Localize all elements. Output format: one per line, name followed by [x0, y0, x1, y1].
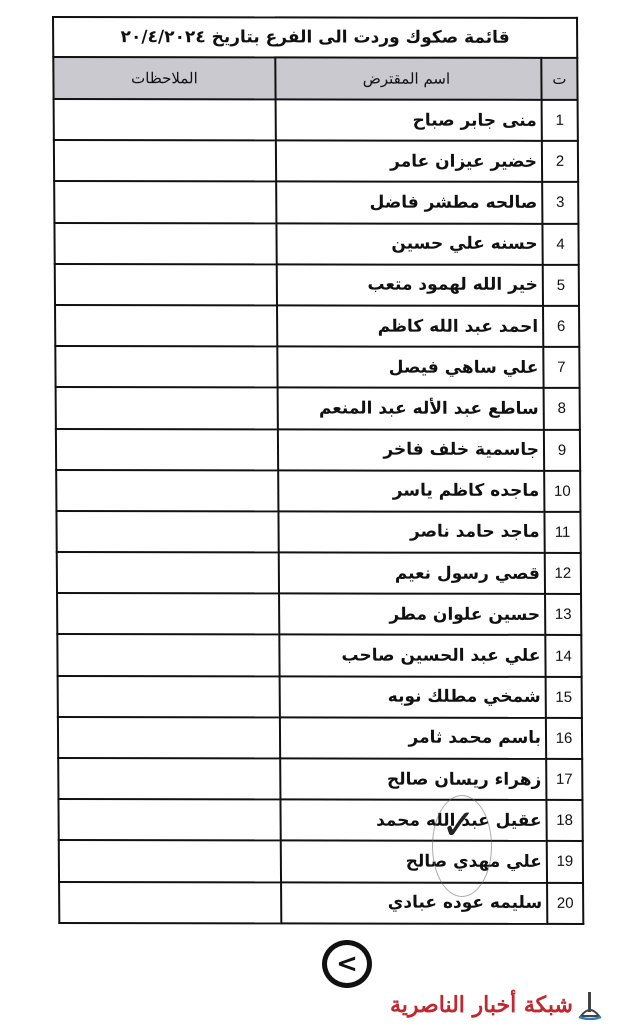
borrower-name: ماجد حامد ناصر: [278, 511, 544, 553]
borrower-name: صالحه مطشر فاضل: [276, 182, 542, 224]
table-row: 13حسين علوان مطر: [57, 593, 581, 635]
table-row: 14علي عبد الحسين صاحب: [57, 634, 581, 676]
table-row: 19علي مهدي صالح: [59, 840, 583, 882]
table-row: 5خير الله لهمود متعب: [55, 264, 579, 306]
row-index: 4: [542, 223, 578, 264]
borrower-name: منى جابر صباح: [276, 99, 542, 141]
table-row: 3صالحه مطشر فاضل: [54, 181, 578, 223]
borrower-name: باسم محمد ثامر: [280, 717, 546, 759]
notes-cell: [57, 593, 279, 635]
row-index: 18: [546, 800, 582, 841]
notes-cell: [58, 758, 280, 800]
notes-cell: [56, 429, 278, 471]
table-row: 10ماجده كاظم ياسر: [56, 470, 580, 512]
row-index: 14: [545, 635, 581, 676]
row-index: 13: [545, 594, 581, 635]
table-row: 6احمد عبد الله كاظم: [55, 305, 579, 347]
borrower-name: جاسمية خلف فاخر: [278, 429, 544, 471]
row-index: 15: [546, 677, 582, 718]
table-row: 9جاسمية خلف فاخر: [56, 429, 580, 471]
watermark-text: شبكة أخبار الناصرية: [390, 992, 573, 1018]
row-index: 5: [543, 265, 579, 306]
notes-cell: [57, 634, 279, 676]
borrower-name: حسين علوان مطر: [279, 594, 545, 636]
borrower-name: حسنه علي حسين: [276, 223, 542, 265]
table-row: 11ماجد حامد ناصر: [56, 511, 580, 553]
borrower-name: خير الله لهمود متعب: [277, 264, 543, 306]
cheques-table: قائمة صكوك وردت الى الفرع بتاريخ ٢٠/٤/٢٠…: [52, 16, 584, 925]
row-index: 8: [544, 388, 580, 429]
borrower-name: عقيل عبد الله محمد: [280, 800, 546, 842]
table-row: 7علي ساهي فيصل: [55, 346, 579, 388]
notes-cell: [57, 552, 279, 594]
row-index: 6: [543, 306, 579, 347]
notes-cell: [59, 840, 281, 882]
borrower-name: قصي رسول نعيم: [279, 552, 545, 594]
borrower-name: سليمه عوده عبادي: [281, 882, 547, 924]
table-row: 2خضير عيزان عامر: [54, 140, 578, 182]
column-header-borrower-name: اسم المقترض: [275, 57, 541, 99]
handwritten-check-mark: ✓: [441, 800, 476, 849]
minaret-logo-icon: [577, 990, 603, 1020]
handwritten-page-mark: <: [322, 940, 372, 988]
document-sheet: قائمة صكوك وردت الى الفرع بتاريخ ٢٠/٤/٢٠…: [52, 16, 584, 925]
notes-cell: [58, 676, 280, 718]
table-row: 8ساطع عبد الأله عبد المنعم: [56, 387, 580, 429]
table-row: 1منى جابر صباح: [54, 99, 578, 141]
notes-cell: [56, 387, 278, 429]
table-row: 20سليمه عوده عبادي: [59, 882, 583, 924]
row-index: 16: [546, 718, 582, 759]
row-index: 12: [545, 553, 581, 594]
row-index: 3: [542, 182, 578, 223]
table-row: 15شمخي مطلك نوبه: [58, 676, 582, 718]
row-index: 2: [542, 141, 578, 182]
notes-cell: [56, 511, 278, 553]
table-header-row: ت اسم المقترض الملاحظات: [53, 57, 577, 100]
borrower-name: ساطع عبد الأله عبد المنعم: [278, 388, 544, 430]
watermark-logo: شبكة أخبار الناصرية: [390, 988, 625, 1022]
row-index: 17: [546, 759, 582, 800]
row-index: 11: [544, 512, 580, 553]
column-header-index: ت: [541, 58, 577, 100]
notes-cell: [54, 99, 276, 141]
borrower-name: زهراء ريسان صالح: [280, 758, 546, 800]
borrower-name: شمخي مطلك نوبه: [280, 676, 546, 718]
notes-cell: [55, 264, 277, 306]
notes-cell: [58, 717, 280, 759]
notes-cell: [55, 346, 277, 388]
document-title: قائمة صكوك وردت الى الفرع بتاريخ ٢٠/٤/٢٠…: [53, 17, 577, 58]
table-row: 18عقيل عبد الله محمد: [58, 799, 582, 841]
row-index: 9: [544, 429, 580, 470]
notes-cell: [54, 140, 276, 182]
borrower-name: خضير عيزان عامر: [276, 141, 542, 183]
table-row: 4حسنه علي حسين: [54, 223, 578, 265]
notes-cell: [59, 882, 281, 924]
borrower-name: احمد عبد الله كاظم: [277, 305, 543, 347]
row-index: 20: [547, 882, 583, 923]
table-row: 16باسم محمد ثامر: [58, 717, 582, 759]
row-index: 7: [543, 347, 579, 388]
row-index: 10: [544, 471, 580, 512]
table-row: 17زهراء ريسان صالح: [58, 758, 582, 800]
table-row: 12قصي رسول نعيم: [57, 552, 581, 594]
borrower-name: علي ساهي فيصل: [277, 347, 543, 389]
borrower-name: علي مهدي صالح: [281, 841, 547, 883]
notes-cell: [54, 181, 276, 223]
notes-cell: [54, 223, 276, 265]
notes-cell: [58, 799, 280, 841]
row-index: 1: [542, 100, 578, 141]
notes-cell: [55, 305, 277, 347]
row-index: 19: [547, 841, 583, 882]
borrower-name: علي عبد الحسين صاحب: [279, 635, 545, 677]
notes-cell: [56, 470, 278, 512]
column-header-notes: الملاحظات: [53, 57, 275, 99]
borrower-name: ماجده كاظم ياسر: [278, 470, 544, 512]
